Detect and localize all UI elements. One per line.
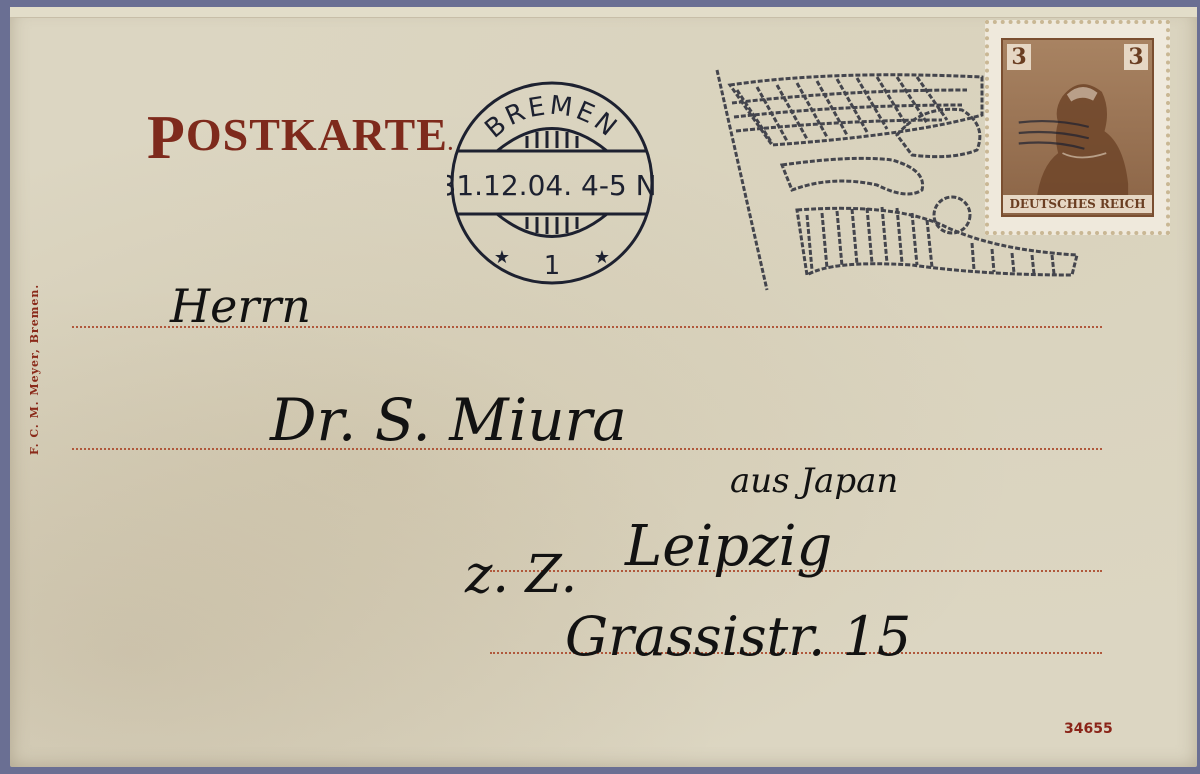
address-line-4 (490, 652, 1102, 654)
stamp-value-left: 3 (1007, 44, 1031, 70)
germania-portrait-icon (1011, 70, 1149, 210)
star-icon: ★ (594, 247, 610, 268)
address-line-2 (72, 448, 1102, 450)
title-initial: P (147, 104, 186, 172)
postmark: BREMEN 31.12.04. 4-5 N. ★ ★ 1 (447, 76, 657, 286)
publisher-imprint: F. C. M. Meyer, Bremen. (28, 284, 41, 455)
title-rest: OSTKARTE (186, 109, 448, 160)
postkarte-heading: POSTKARTE. (147, 103, 454, 174)
postmark-datetime: 31.12.04. 4-5 N. (447, 169, 657, 202)
address-line-1 (72, 326, 1102, 328)
postage-stamp: 3 3 DEUTSCHES REICH (985, 20, 1170, 235)
serial-number: 34655 (1064, 721, 1113, 737)
stamp-value-right: 3 (1124, 44, 1148, 70)
postmark-city: BREMEN (480, 91, 625, 145)
star-icon: ★ (494, 247, 510, 268)
postmark-office-number: 1 (544, 251, 561, 281)
stamp-caption: DEUTSCHES REICH (1003, 195, 1152, 213)
address-line-3 (490, 570, 1102, 572)
